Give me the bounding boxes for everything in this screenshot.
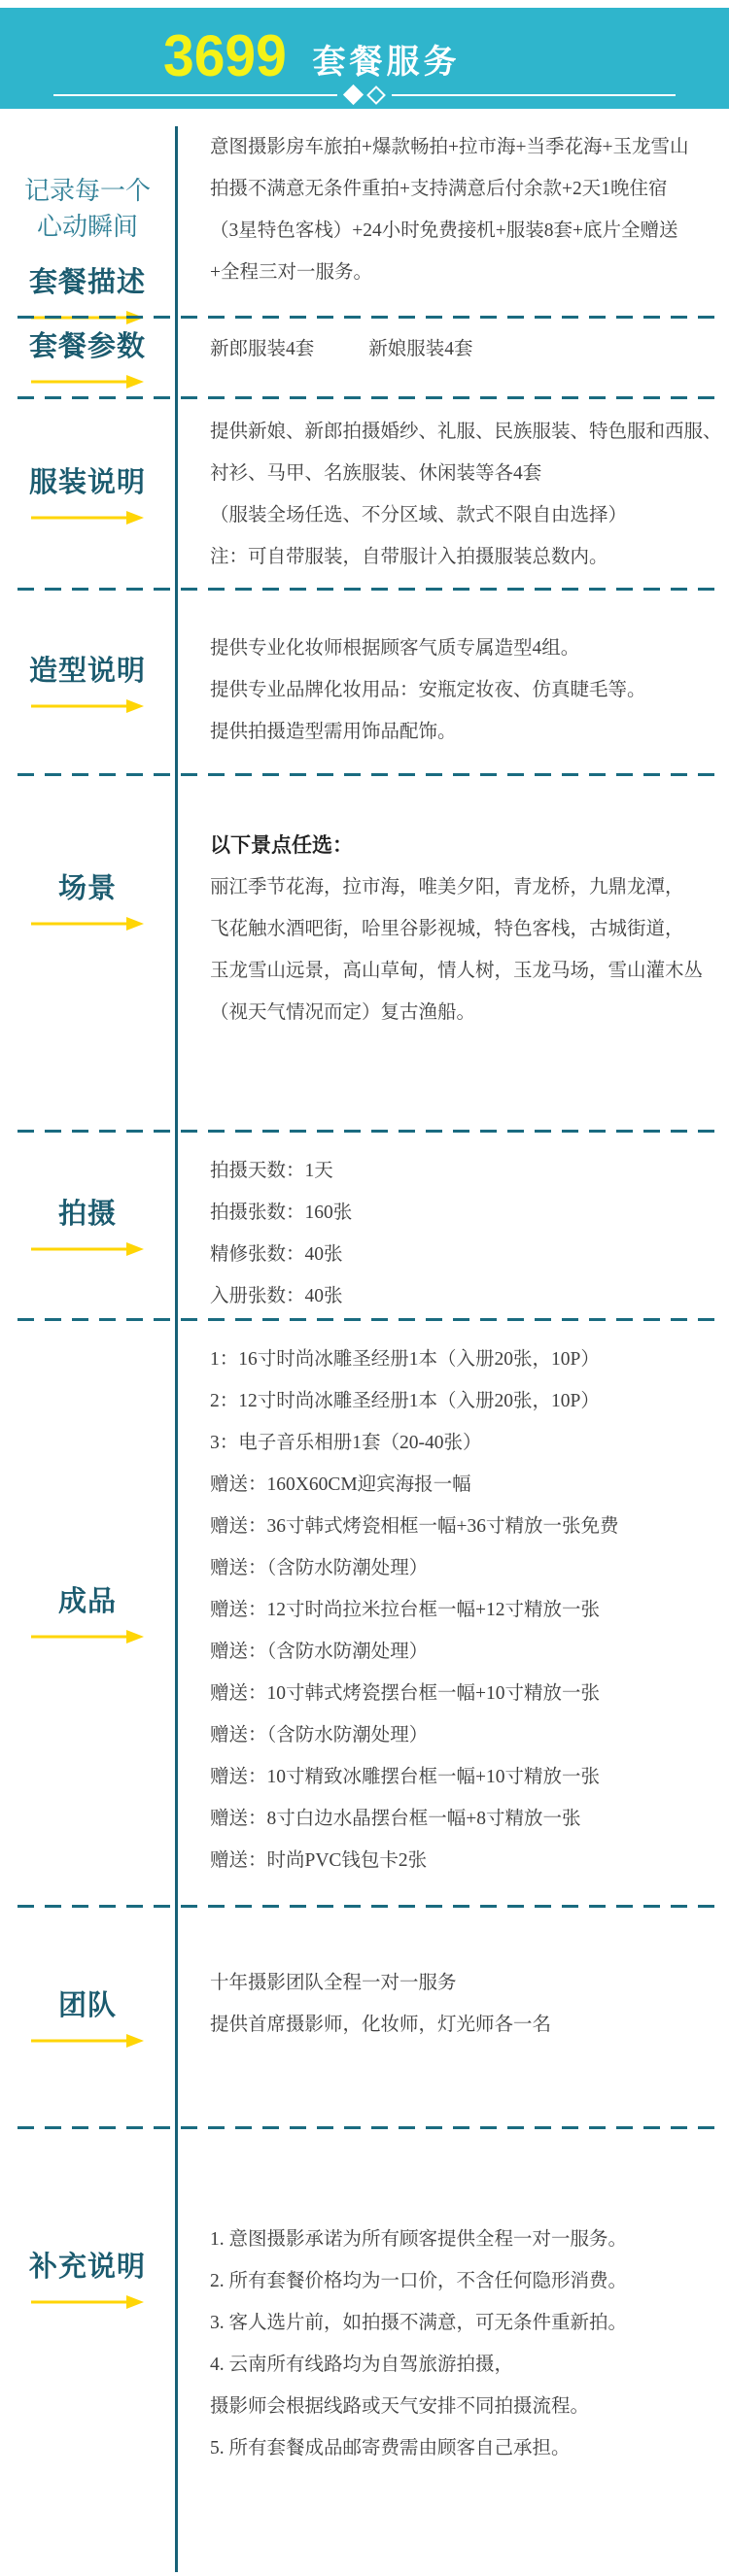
content-line: 赠送：8寸白边水晶摆台框一幅+8寸精放一张 xyxy=(210,1798,721,1840)
diamond-outline-icon xyxy=(366,85,386,105)
section-row-params: 套餐参数新郎服装4套新娘服装4套 xyxy=(0,319,729,399)
section-label-shooting: 拍摄 xyxy=(58,1192,117,1232)
section-row-desc: 记录每一个心动瞬间套餐描述意图摄影房车旅拍+爆款畅拍+拉市海+当季花海+玉龙雪山… xyxy=(0,109,729,319)
header-row: 3699 套餐服务 xyxy=(163,27,460,85)
content-line: 新娘服装4套 xyxy=(368,328,472,370)
content-line: 赠送：时尚PVC钱包卡2张 xyxy=(210,1840,721,1881)
content-line: 5. 所有套餐成品邮寄费需由顾客自己承担。 xyxy=(210,2427,721,2469)
section-label-desc: 套餐描述 xyxy=(29,260,146,300)
section-row-shooting: 拍摄拍摄天数：1天拍摄张数：160张精修张数：40张入册张数：40张 xyxy=(0,1133,729,1321)
content-line: 赠送：36寸韩式烤瓷相框一幅+36寸精放一张免费 xyxy=(210,1506,721,1547)
section-sidebar-scene: 场景 xyxy=(0,776,175,1133)
content-line: 3：电子音乐相册1套（20-40张） xyxy=(210,1422,721,1464)
section-sidebar-desc: 记录每一个心动瞬间套餐描述 xyxy=(0,109,175,319)
section-content-scene: 以下景点任选：丽江季节花海，拉市海，唯美夕阳，青龙桥，九鼎龙潭，飞花触水酒吧街，… xyxy=(175,776,729,1133)
content-line: 新郎服装4套 xyxy=(210,328,314,370)
content-line: 十年摄影团队全程一对一服务 xyxy=(210,1962,721,2004)
content-line: 玉龙雪山远景，高山草甸，情人树，玉龙马场，雪山灌木丛 xyxy=(210,950,721,992)
section-content-clothing: 提供新娘、新郎拍摄婚纱、礼服、民族服装、特色服和西服、衬衫、马甲、名族服装、休闲… xyxy=(175,399,729,591)
package-price: 3699 xyxy=(163,27,287,85)
yellow-arrow-icon xyxy=(29,916,146,936)
yellow-arrow-icon xyxy=(29,2294,146,2315)
content-line: 衬衫、马甲、名族服装、休闲装等各4套 xyxy=(210,453,721,494)
section-sidebar-products: 成品 xyxy=(0,1321,175,1908)
section-label-notes: 补充说明 xyxy=(29,2245,146,2285)
content-line: +全程三对一服务。 xyxy=(210,252,721,293)
section-content-styling: 提供专业化妆师根据顾客气质专属造型4组。提供专业品牌化妆用品：安瓶定妆夜、仿真睫… xyxy=(175,591,729,776)
content-line: 拍摄不满意无条件重拍+支持满意后付余款+2天1晚住宿 xyxy=(210,168,721,210)
content-line: 拍摄天数：1天 xyxy=(210,1150,721,1192)
content-line: 拍摄张数：160张 xyxy=(210,1192,721,1234)
section-content-desc: 意图摄影房车旅拍+爆款畅拍+拉市海+当季花海+玉龙雪山拍摄不满意无条件重拍+支持… xyxy=(175,109,729,319)
content-line: 2. 所有套餐价格均为一口价，不含任何隐形消费。 xyxy=(210,2260,721,2302)
content-line: 赠送：10寸精致冰雕摆台框一幅+10寸精放一张 xyxy=(210,1756,721,1798)
slogan-text: 心动瞬间 xyxy=(37,209,138,245)
content-line: 提供专业品牌化妆用品：安瓶定妆夜、仿真睫毛等。 xyxy=(210,669,721,711)
content-line: 丽江季节花海，拉市海，唯美夕阳，青龙桥，九鼎龙潭， xyxy=(210,866,721,908)
section-label-products: 成品 xyxy=(58,1579,117,1619)
section-sidebar-team: 团队 xyxy=(0,1908,175,2129)
content-line: 赠送：10寸韩式烤瓷摆台框一幅+10寸精放一张 xyxy=(210,1673,721,1714)
content-line: 赠送：160X60CM迎宾海报一幅 xyxy=(210,1464,721,1506)
content-line: 1：16寸时尚冰雕圣经册1本（入册20张，10P） xyxy=(210,1339,721,1380)
section-sidebar-params: 套餐参数 xyxy=(0,319,175,399)
section-label-clothing: 服装说明 xyxy=(29,460,146,500)
section-label-scene: 场景 xyxy=(58,866,117,906)
content-line: （服装全场任选、不分区域、款式不限自由选择） xyxy=(210,494,721,536)
content-line: 入册张数：40张 xyxy=(210,1275,721,1317)
content-line: （3星特色客栈）+24小时免费接机+服装8套+底片全赠送 xyxy=(210,210,721,252)
yellow-arrow-icon xyxy=(29,1629,146,1649)
section-row-team: 团队十年摄影团队全程一对一服务提供首席摄影师，化妆师，灯光师各一名 xyxy=(0,1908,729,2129)
slogan-text: 记录每一个 xyxy=(24,173,151,209)
section-content-notes: 1. 意图摄影承诺为所有顾客提供全程一对一服务。2. 所有套餐价格均为一口价，不… xyxy=(175,2129,729,2576)
section-sidebar-clothing: 服装说明 xyxy=(0,399,175,591)
yellow-arrow-icon xyxy=(29,2033,146,2053)
section-content-products: 1：16寸时尚冰雕圣经册1本（入册20张，10P）2：12寸时尚冰雕圣经册1本（… xyxy=(175,1321,729,1908)
content-line: 赠送：（含防水防潮处理） xyxy=(210,1547,721,1589)
header-banner: 3699 套餐服务 xyxy=(0,8,729,109)
section-row-products: 成品1：16寸时尚冰雕圣经册1本（入册20张，10P）2：12寸时尚冰雕圣经册1… xyxy=(0,1321,729,1908)
section-content-team: 十年摄影团队全程一对一服务提供首席摄影师，化妆师，灯光师各一名 xyxy=(175,1908,729,2129)
divider-line-left xyxy=(53,94,337,96)
content-line: （视天气情况而定）复古渔船。 xyxy=(210,992,721,1034)
content-line: 意图摄影房车旅拍+爆款畅拍+拉市海+当季花海+玉龙雪山 xyxy=(210,126,721,168)
content-line: 精修张数：40张 xyxy=(210,1234,721,1275)
section-row-scene: 场景以下景点任选：丽江季节花海，拉市海，唯美夕阳，青龙桥，九鼎龙潭，飞花触水酒吧… xyxy=(0,776,729,1133)
content-line: 提供新娘、新郎拍摄婚纱、礼服、民族服装、特色服和西服、 xyxy=(210,411,721,453)
section-label-params: 套餐参数 xyxy=(29,324,146,364)
content-line: 注：可自带服装，自带服计入拍摄服装总数内。 xyxy=(210,536,721,578)
yellow-arrow-icon xyxy=(29,1241,146,1262)
yellow-arrow-icon xyxy=(29,698,146,719)
content-line: 2：12寸时尚冰雕圣经册1本（入册20张，10P） xyxy=(210,1380,721,1422)
content-line: 4. 云南所有线路均为自驾旅游拍摄， xyxy=(210,2344,721,2386)
section-content-shooting: 拍摄天数：1天拍摄张数：160张精修张数：40张入册张数：40张 xyxy=(175,1133,729,1321)
package-detail-page: { "header": { "price": "3699", "title": … xyxy=(0,0,729,2576)
content-line: 赠送：（含防水防潮处理） xyxy=(210,1714,721,1756)
section-sidebar-shooting: 拍摄 xyxy=(0,1133,175,1321)
content-line: 以下景点任选： xyxy=(210,825,721,866)
section-row-clothing: 服装说明提供新娘、新郎拍摄婚纱、礼服、民族服装、特色服和西服、衬衫、马甲、名族服… xyxy=(0,399,729,591)
section-label-styling: 造型说明 xyxy=(29,649,146,689)
content-line: 3. 客人选片前，如拍摄不满意，可无条件重新拍。 xyxy=(210,2302,721,2344)
yellow-arrow-icon xyxy=(29,374,146,394)
divider-line-right xyxy=(392,94,676,96)
section-row-notes: 补充说明1. 意图摄影承诺为所有顾客提供全程一对一服务。2. 所有套餐价格均为一… xyxy=(0,2129,729,2576)
content-line: 飞花触水酒吧街，哈里谷影视城，特色客栈，古城街道， xyxy=(210,908,721,950)
section-sidebar-notes: 补充说明 xyxy=(0,2129,175,2576)
sections-list: 记录每一个心动瞬间套餐描述意图摄影房车旅拍+爆款畅拍+拉市海+当季花海+玉龙雪山… xyxy=(0,109,729,2576)
content-line: 1. 意图摄影承诺为所有顾客提供全程一对一服务。 xyxy=(210,2219,721,2260)
content-line: 提供首席摄影师，化妆师，灯光师各一名 xyxy=(210,2004,721,2046)
header-divider xyxy=(53,87,676,102)
section-content-params: 新郎服装4套新娘服装4套 xyxy=(175,319,729,399)
content-line: 赠送：12寸时尚拉米拉台框一幅+12寸精放一张 xyxy=(210,1589,721,1631)
content-line: 提供拍摄造型需用饰品配饰。 xyxy=(210,711,721,753)
vertical-divider-line xyxy=(175,126,178,2572)
content-line: 提供专业化妆师根据顾客气质专属造型4组。 xyxy=(210,627,721,669)
yellow-arrow-icon xyxy=(29,510,146,530)
section-sidebar-styling: 造型说明 xyxy=(0,591,175,776)
content-line: 摄影师会根据线路或天气安排不同拍摄流程。 xyxy=(210,2386,721,2427)
section-row-styling: 造型说明提供专业化妆师根据顾客气质专属造型4组。提供专业品牌化妆用品：安瓶定妆夜… xyxy=(0,591,729,776)
section-label-team: 团队 xyxy=(58,1983,117,2023)
page-title: 套餐服务 xyxy=(312,35,460,85)
diamond-filled-icon xyxy=(343,85,364,105)
content-line: 赠送：（含防水防潮处理） xyxy=(210,1631,721,1673)
